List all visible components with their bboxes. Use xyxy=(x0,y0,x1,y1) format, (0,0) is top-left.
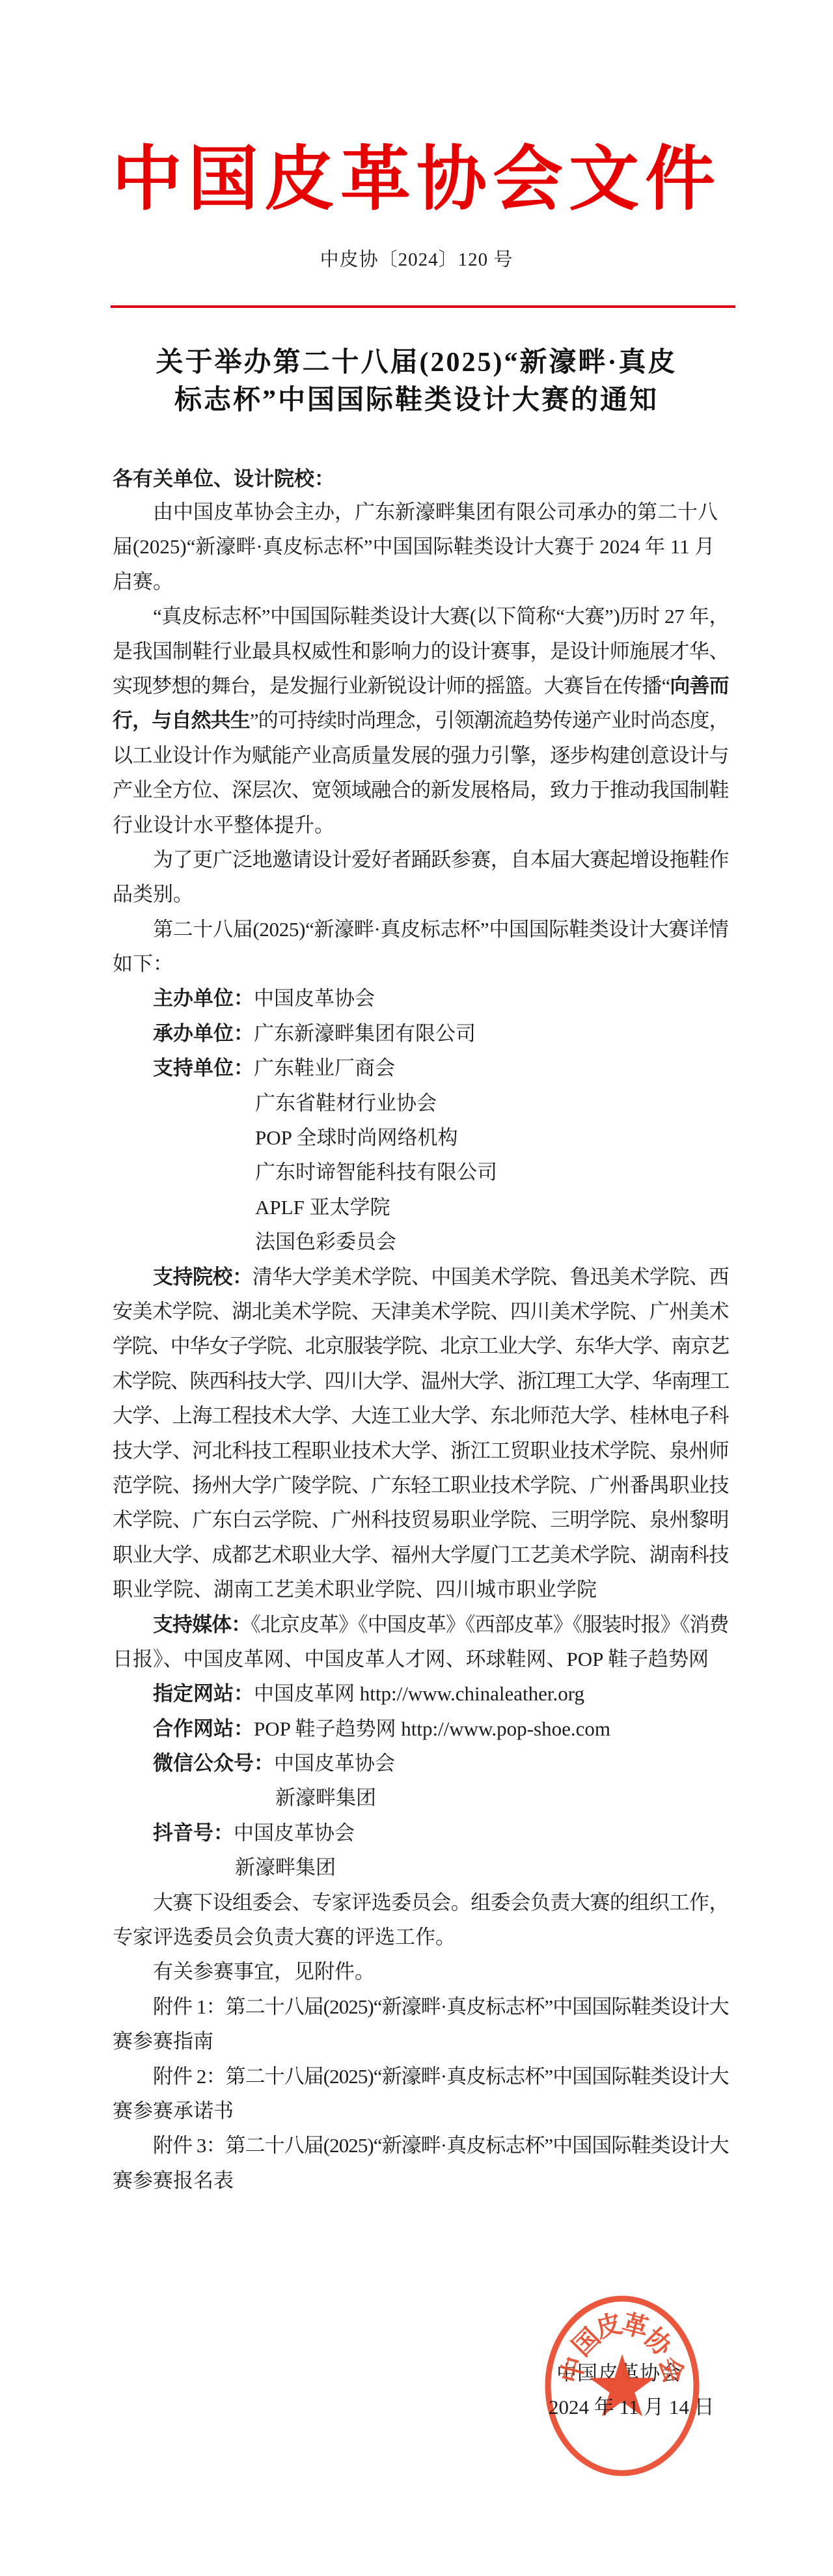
text-run: ”的可持续时尚理念，引领潮流趋势传递产业时尚态度， xyxy=(250,709,729,732)
text-run: 法国色彩委员会 xyxy=(255,1230,396,1253)
salutation: 各有关单位、设计院校： xyxy=(113,462,335,492)
text-run: 附件 3：第二十八届(2025)“新濠畔·真皮标志杯”中国国际鞋类设计大 xyxy=(153,2134,729,2157)
body-line: 法国色彩委员会 xyxy=(113,1225,729,1259)
text-run: 赛参赛报名表 xyxy=(113,2169,234,2192)
body-line: 术学院、广东白云学院、广州科技贸易职业学院、三明学院、泉州黎明 xyxy=(113,1503,729,1537)
body-line: 日报》、中国皮革网、中国皮革人才网、环球鞋网、POP 鞋子趋势网 xyxy=(113,1642,729,1676)
text-run: 新濠畔集团 xyxy=(235,1856,336,1879)
body-line: 产业全方位、深层次、宽领域融合的新发展格局，致力于推动我国制鞋 xyxy=(113,773,729,807)
body-line: 行业设计水平整体提升。 xyxy=(113,808,729,842)
body-line: 附件 1：第二十八届(2025)“新濠畔·真皮标志杯”中国国际鞋类设计大 xyxy=(113,1989,729,2024)
text-run: 为了更广泛地邀请设计爱好者踊跃参赛，自本届大赛起增设拖鞋作 xyxy=(153,848,729,871)
text-run: 清华大学美术学院、中国美术学院、鲁迅美术学院、西 xyxy=(253,1266,729,1288)
body-line: 第二十八届(2025)“新濠畔·真皮标志杯”中国国际鞋类设计大赛详情 xyxy=(113,912,729,947)
body-line: 附件 2：第二十八届(2025)“新濠畔·真皮标志杯”中国国际鞋类设计大 xyxy=(113,2059,729,2094)
text-run: 技大学、河北科技工程职业技术大学、浙江工贸职业技术学院、泉州师 xyxy=(113,1439,729,1462)
body-line: 实现梦想的舞台，是发掘行业新锐设计师的摇篮。大赛旨在传播“向善而 xyxy=(113,669,729,703)
body-line: 是我国制鞋行业最具权威性和影响力的设计赛事，是设计师施展才华、 xyxy=(113,634,729,669)
text-run: POP 鞋子趋势网 http://www.pop-shoe.com xyxy=(254,1717,610,1740)
body-line: 如下： xyxy=(113,947,729,981)
text-run: 品类别。 xyxy=(113,883,193,906)
text-run: 第二十八届(2025)“新濠畔·真皮标志杯”中国国际鞋类设计大赛详情 xyxy=(153,918,729,941)
text-run: 中国皮革网 http://www.chinaleather.org xyxy=(254,1682,584,1705)
body-line: 主办单位：中国皮革协会 xyxy=(113,981,729,1016)
body-line: 赛参赛承诺书 xyxy=(113,2094,729,2128)
body-line: 附件 3：第二十八届(2025)“新濠畔·真皮标志杯”中国国际鞋类设计大 xyxy=(113,2128,729,2163)
body-line: 届(2025)“新濠畔·真皮标志杯”中国国际鞋类设计大赛于 2024 年 11 … xyxy=(113,529,729,564)
org-title: 中国皮革协会文件 xyxy=(0,122,833,223)
body-line: 有关参赛事宜，见附件。 xyxy=(113,1954,729,1989)
body-line: 行，与自然共生”的可持续时尚理念，引领潮流趋势传递产业时尚态度， xyxy=(113,703,729,738)
body-line: 支持单位：广东鞋业厂商会 xyxy=(113,1051,729,1085)
body-line: 专家评选委员会负责大赛的评选工作。 xyxy=(113,1920,729,1954)
text-run: 《北京皮革》《中国皮革》《西部皮革》《服装时报》《消费 xyxy=(251,1613,728,1636)
body-line: 由中国皮革协会主办，广东新濠畔集团有限公司承办的第二十八 xyxy=(113,495,729,529)
doc-number: 中皮协〔2024〕120 号 xyxy=(0,245,833,271)
body-line: 新濠畔集团 xyxy=(113,1780,729,1815)
body-line: 以工业设计作为赋能产业高质量发展的强力引擎，逐步构建创意设计与 xyxy=(113,738,729,773)
body-line: 广东省鞋材行业协会 xyxy=(113,1086,729,1120)
body-line: “真皮标志杯”中国国际鞋类设计大赛(以下简称“大赛”)历时 27 年， xyxy=(113,599,729,633)
body-line: 赛参赛指南 xyxy=(113,2024,729,2058)
body-line: 安美术学院、湖北美术学院、天津美术学院、四川美术学院、广州美术 xyxy=(113,1294,729,1329)
text-run: 日报》、中国皮革网、中国皮革人才网、环球鞋网、POP 鞋子趋势网 xyxy=(113,1648,709,1670)
doc-title-line1: 关于举办第二十八届(2025)“新濠畔·真皮 xyxy=(0,344,833,381)
body-line: 赛参赛报名表 xyxy=(113,2163,729,2198)
text-run: 大学、上海工程技术大学、大连工业大学、东北师范大学、桂林电子科 xyxy=(113,1404,729,1427)
text-run: 附件 2：第二十八届(2025)“新濠畔·真皮标志杯”中国国际鞋类设计大 xyxy=(153,2065,729,2088)
text-run: 承办单位： xyxy=(153,1022,254,1045)
text-run: 由中国皮革协会主办，广东新濠畔集团有限公司承办的第二十八 xyxy=(153,501,718,523)
body-line: 启赛。 xyxy=(113,564,729,599)
body-line: 新濠畔集团 xyxy=(113,1850,729,1885)
text-run: 职业学院、湖南工艺美术职业学院、四川城市职业学院 xyxy=(113,1578,597,1601)
text-run: 广东省鞋材行业协会 xyxy=(255,1092,437,1115)
text-run: 届(2025)“新濠畔·真皮标志杯”中国国际鞋类设计大赛于 2024 年 11 … xyxy=(113,535,715,558)
text-run: 行，与自然共生 xyxy=(113,709,250,732)
text-run: 支持单位： xyxy=(153,1057,254,1079)
text-run: 是我国制鞋行业最具权威性和影响力的设计赛事，是设计师施展才华、 xyxy=(113,640,729,663)
body-line: 为了更广泛地邀请设计爱好者踊跃参赛，自本届大赛起增设拖鞋作 xyxy=(113,842,729,877)
text-run: 术学院、广东白云学院、广州科技贸易职业学院、三明学院、泉州黎明 xyxy=(113,1508,729,1531)
text-run: 范学院、扬州大学广陵学院、广东轻工职业技术学院、广州番禺职业技 xyxy=(113,1474,729,1497)
text-run: 赛参赛承诺书 xyxy=(113,2099,234,2122)
body-line: 合作网站：POP 鞋子趋势网 http://www.pop-shoe.com xyxy=(113,1711,729,1746)
text-run: 职业大学、成都艺术职业大学、福州大学厦门工艺美术学院、湖南科技 xyxy=(113,1544,729,1566)
text-run: 附件 1：第二十八届(2025)“新濠畔·真皮标志杯”中国国际鞋类设计大 xyxy=(153,1995,729,2018)
text-run: POP 全球时尚网络机构 xyxy=(255,1126,457,1149)
text-run: 术学院、陕西科技大学、四川大学、温州大学、浙江理工大学、华南理工 xyxy=(113,1370,729,1392)
text-run: 广东新濠畔集团有限公司 xyxy=(254,1022,476,1045)
text-run: 中国皮革协会 xyxy=(274,1752,395,1775)
text-run: 有关参赛事宜，见附件。 xyxy=(153,1960,375,1983)
text-run: 向善而 xyxy=(670,674,728,697)
text-run: 启赛。 xyxy=(113,570,173,593)
body-line: APLF 亚太学院 xyxy=(113,1190,729,1225)
doc-title: 关于举办第二十八届(2025)“新濠畔·真皮 标志杯”中国国际鞋类设计大赛的通知 xyxy=(0,344,833,419)
doc-title-line2: 标志杯”中国国际鞋类设计大赛的通知 xyxy=(0,381,833,419)
body-line: 职业大学、成都艺术职业大学、福州大学厦门工艺美术学院、湖南科技 xyxy=(113,1538,729,1572)
body-line: 职业学院、湖南工艺美术职业学院、四川城市职业学院 xyxy=(113,1572,729,1607)
text-run: 指定网站： xyxy=(153,1682,254,1705)
official-seal: 中 国 皮 革 协 会 xyxy=(538,2288,707,2484)
document-page: 中国皮革协会文件 中皮协〔2024〕120 号 关于举办第二十八届(2025)“… xyxy=(0,0,833,2576)
text-run: 支持院校： xyxy=(153,1266,253,1288)
body-line: 承办单位：广东新濠畔集团有限公司 xyxy=(113,1016,729,1051)
body-line: 学院、中华女子学院、北京服装学院、北京工业大学、东华大学、南京艺 xyxy=(113,1329,729,1363)
body-line: 技大学、河北科技工程职业技术大学、浙江工贸职业技术学院、泉州师 xyxy=(113,1433,729,1468)
text-run: 微信公众号： xyxy=(153,1752,274,1775)
text-run: 行业设计水平整体提升。 xyxy=(113,814,335,837)
body-line: 品类别。 xyxy=(113,877,729,911)
body-line: 广东时谛智能科技有限公司 xyxy=(113,1155,729,1189)
body-line: 术学院、陕西科技大学、四川大学、温州大学、浙江理工大学、华南理工 xyxy=(113,1364,729,1398)
body-line: 微信公众号：中国皮革协会 xyxy=(113,1746,729,1780)
text-run: 支持媒体： xyxy=(153,1613,251,1636)
signature-date: 2024 年 11 月 14 日 xyxy=(549,2390,715,2420)
text-run: 大赛下设组委会、专家评选委员会。组委会负责大赛的组织工作， xyxy=(153,1891,729,1914)
body-line: 支持媒体：《北京皮革》《中国皮革》《西部皮革》《服装时报》《消费 xyxy=(113,1607,729,1642)
text-run: 广东鞋业厂商会 xyxy=(254,1057,395,1079)
body-line: 大学、上海工程技术大学、大连工业大学、东北师范大学、桂林电子科 xyxy=(113,1398,729,1433)
body-lines: 由中国皮革协会主办，广东新濠畔集团有限公司承办的第二十八届(2025)“新濠畔·… xyxy=(113,495,729,2198)
red-divider-rule xyxy=(111,305,735,308)
text-run: “真皮标志杯”中国国际鞋类设计大赛(以下简称“大赛”)历时 27 年， xyxy=(153,605,729,628)
text-run: 中国皮革协会 xyxy=(254,987,375,1010)
body-line: 大赛下设组委会、专家评选委员会。组委会负责大赛的组织工作， xyxy=(113,1885,729,1920)
text-run: 广东时谛智能科技有限公司 xyxy=(255,1161,497,1184)
body-line: POP 全球时尚网络机构 xyxy=(113,1120,729,1155)
text-run: 新濠畔集团 xyxy=(275,1786,376,1809)
text-run: APLF 亚太学院 xyxy=(255,1196,390,1219)
text-run: 以工业设计作为赋能产业高质量发展的强力引擎，逐步构建创意设计与 xyxy=(113,744,729,767)
body-line: 范学院、扬州大学广陵学院、广东轻工职业技术学院、广州番禺职业技 xyxy=(113,1468,729,1503)
text-run: 中国皮革协会 xyxy=(234,1821,355,1844)
text-run: 如下： xyxy=(113,952,173,975)
text-run: 产业全方位、深层次、宽领域融合的新发展格局，致力于推动我国制鞋 xyxy=(113,779,729,801)
text-run: 学院、中华女子学院、北京服装学院、北京工业大学、东华大学、南京艺 xyxy=(113,1335,729,1357)
text-run: 安美术学院、湖北美术学院、天津美术学院、四川美术学院、广州美术 xyxy=(113,1300,729,1323)
text-run: 主办单位： xyxy=(153,987,254,1010)
text-run: 专家评选委员会负责大赛的评选工作。 xyxy=(113,1926,456,1948)
body-line: 指定网站：中国皮革网 http://www.chinaleather.org xyxy=(113,1676,729,1711)
text-run: 合作网站： xyxy=(153,1717,254,1740)
text-run: 抖音号： xyxy=(153,1821,234,1844)
body-line: 抖音号：中国皮革协会 xyxy=(113,1816,729,1850)
text-run: 赛参赛指南 xyxy=(113,2030,213,2053)
body-line: 支持院校：清华大学美术学院、中国美术学院、鲁迅美术学院、西 xyxy=(113,1260,729,1294)
text-run: 实现梦想的舞台，是发掘行业新锐设计师的摇篮。大赛旨在传播“ xyxy=(113,674,670,697)
